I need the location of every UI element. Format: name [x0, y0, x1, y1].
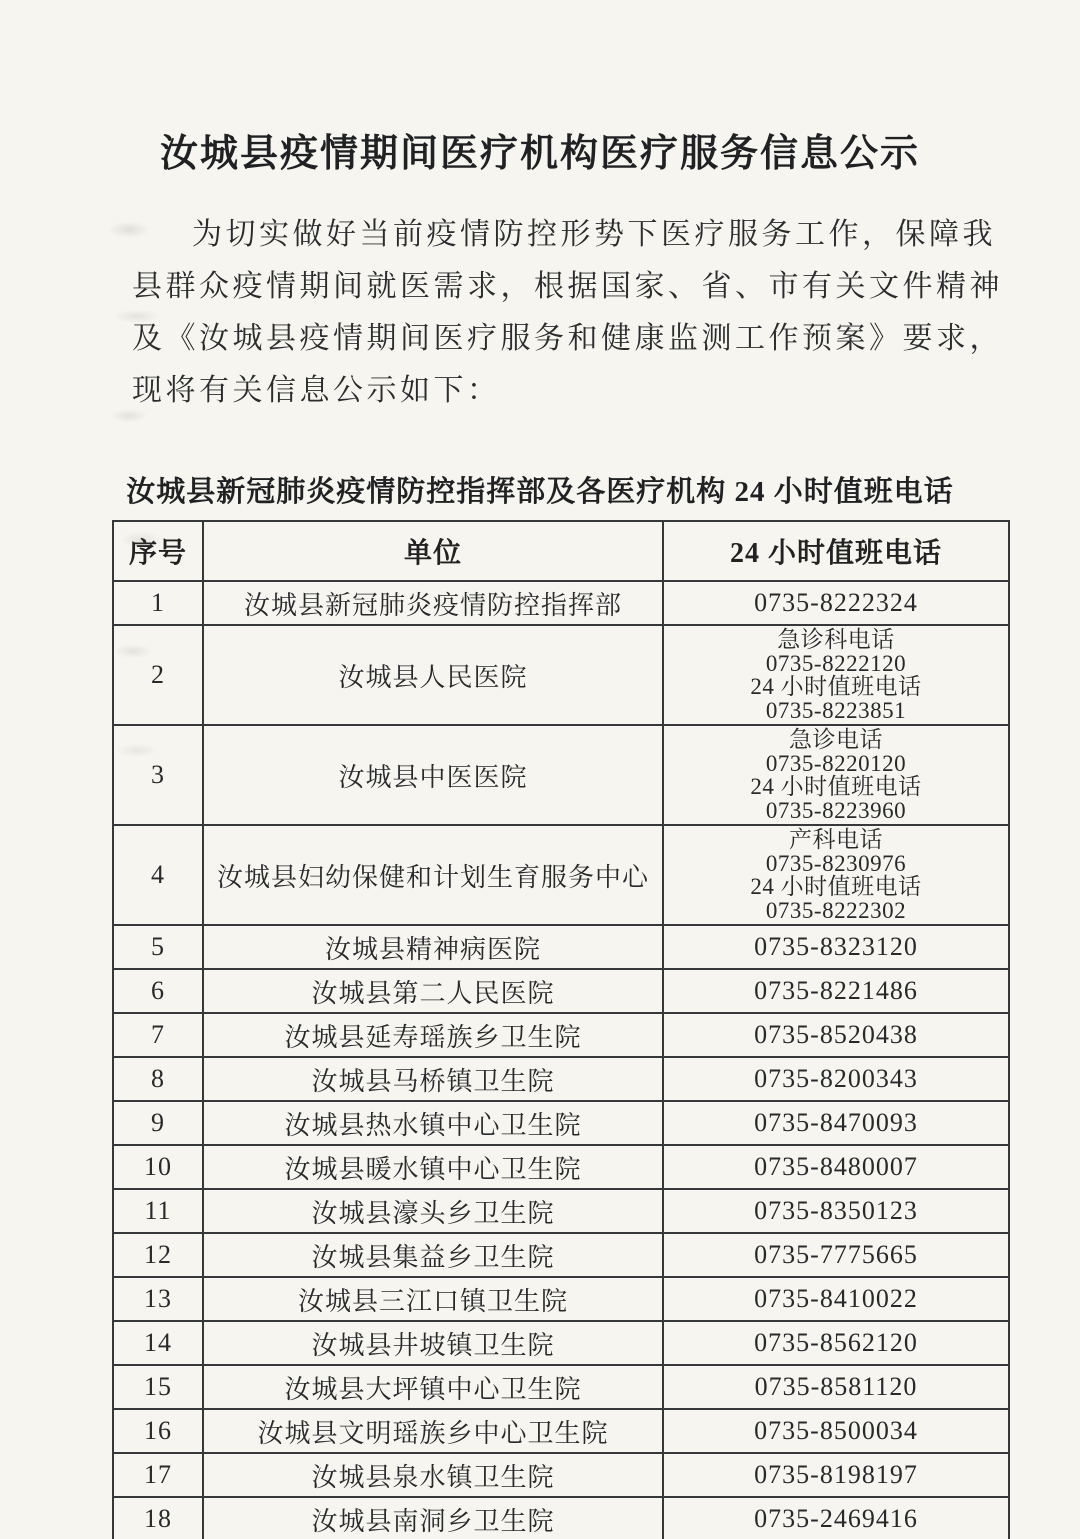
phone-line: 0735-8223960: [664, 799, 1008, 823]
phone-number-cell: 0735-8581120: [663, 1365, 1009, 1409]
phone-line: 产科电话: [664, 828, 1008, 852]
unit-name-cell: 汝城县马桥镇卫生院: [203, 1057, 663, 1101]
phone-line: 0735-8581120: [668, 1372, 1004, 1402]
row-index-cell: 10: [113, 1145, 203, 1189]
unit-name-cell: 汝城县大坪镇中心卫生院: [203, 1365, 663, 1409]
table-row: 15汝城县大坪镇中心卫生院0735-8581120: [113, 1365, 1009, 1409]
intro-line: 为切实做好当前疫情防控形势下医疗服务工作，保障我: [132, 209, 968, 261]
phone-line: 0735-8222324: [668, 588, 1004, 618]
phone-number-cell: 0735-8410022: [663, 1277, 1009, 1321]
table-row: 12汝城县集益乡卫生院0735-7775665: [113, 1233, 1009, 1277]
unit-name-cell: 汝城县暖水镇中心卫生院: [203, 1145, 663, 1189]
phone-number-cell: 0735-8323120: [663, 925, 1009, 969]
intro-line: 及《汝城县疫情期间医疗服务和健康监测工作预案》要求，: [132, 313, 968, 365]
phone-line: 0735-8480007: [668, 1152, 1004, 1182]
table-row: 4汝城县妇幼保健和计划生育服务中心产科电话0735-823097624 小时值班…: [113, 825, 1009, 925]
table-row: 1汝城县新冠肺炎疫情防控指挥部0735-8222324: [113, 581, 1009, 625]
col-header-unit: 单位: [203, 521, 663, 581]
phone-line: 24 小时值班电话: [664, 775, 1008, 799]
row-index-cell: 18: [113, 1497, 203, 1539]
phone-line: 24 小时值班电话: [664, 675, 1008, 699]
table-row: 2汝城县人民医院急诊科电话0735-822212024 小时值班电话0735-8…: [113, 625, 1009, 725]
unit-name-cell: 汝城县新冠肺炎疫情防控指挥部: [203, 581, 663, 625]
phone-line: 0735-8350123: [668, 1196, 1004, 1226]
row-index-cell: 12: [113, 1233, 203, 1277]
row-index-cell: 3: [113, 725, 203, 825]
table-row: 18汝城县南洞乡卫生院0735-2469416: [113, 1497, 1009, 1539]
table-header-row: 序号 单位 24 小时值班电话: [113, 521, 1009, 581]
row-index-cell: 16: [113, 1409, 203, 1453]
phone-line: 0735-8520438: [668, 1020, 1004, 1050]
row-index-cell: 11: [113, 1189, 203, 1233]
row-index-cell: 17: [113, 1453, 203, 1497]
row-index-cell: 8: [113, 1057, 203, 1101]
phone-line: 0735-8220120: [664, 752, 1008, 776]
phone-number-cell: 0735-8520438: [663, 1013, 1009, 1057]
page-title: 汝城县疫情期间医疗机构医疗服务信息公示: [0, 0, 1080, 177]
table-row: 7汝城县延寿瑶族乡卫生院0735-8520438: [113, 1013, 1009, 1057]
row-index-cell: 13: [113, 1277, 203, 1321]
row-index-cell: 2: [113, 625, 203, 725]
phone-line: 0735-8470093: [668, 1108, 1004, 1138]
unit-name-cell: 汝城县南洞乡卫生院: [203, 1497, 663, 1539]
table-row: 3汝城县中医医院急诊电话0735-822012024 小时值班电话0735-82…: [113, 725, 1009, 825]
row-index-cell: 7: [113, 1013, 203, 1057]
phone-number-cell: 0735-8350123: [663, 1189, 1009, 1233]
phone-number-cell: 0735-8198197: [663, 1453, 1009, 1497]
phone-line: 急诊电话: [664, 728, 1008, 752]
unit-name-cell: 汝城县集益乡卫生院: [203, 1233, 663, 1277]
phone-number-cell: 0735-8221486: [663, 969, 1009, 1013]
table-row: 16汝城县文明瑶族乡中心卫生院0735-8500034: [113, 1409, 1009, 1453]
phone-line: 24 小时值班电话: [664, 875, 1008, 899]
unit-name-cell: 汝城县人民医院: [203, 625, 663, 725]
intro-paragraph: 为切实做好当前疫情防控形势下医疗服务工作，保障我 县群众疫情期间就医需求，根据国…: [132, 209, 968, 417]
phone-line: 急诊科电话: [664, 628, 1008, 652]
phone-line: 0735-8200343: [668, 1064, 1004, 1094]
table-row: 17汝城县泉水镇卫生院0735-8198197: [113, 1453, 1009, 1497]
unit-name-cell: 汝城县泉水镇卫生院: [203, 1453, 663, 1497]
table-row: 14汝城县井坡镇卫生院0735-8562120: [113, 1321, 1009, 1365]
unit-name-cell: 汝城县井坡镇卫生院: [203, 1321, 663, 1365]
table-row: 10汝城县暖水镇中心卫生院0735-8480007: [113, 1145, 1009, 1189]
phone-line: 0735-8222302: [664, 899, 1008, 923]
phone-line: 0735-8562120: [668, 1328, 1004, 1358]
phone-number-cell: 急诊电话0735-822012024 小时值班电话0735-8223960: [663, 725, 1009, 825]
phone-line: 0735-8410022: [668, 1284, 1004, 1314]
phone-number-cell: 0735-8200343: [663, 1057, 1009, 1101]
unit-name-cell: 汝城县文明瑶族乡中心卫生院: [203, 1409, 663, 1453]
phone-number-cell: 0735-8470093: [663, 1101, 1009, 1145]
phone-line: 0735-8223851: [664, 699, 1008, 723]
unit-name-cell: 汝城县第二人民医院: [203, 969, 663, 1013]
phone-number-cell: 0735-2469416: [663, 1497, 1009, 1539]
intro-line: 县群众疫情期间就医需求，根据国家、省、市有关文件精神: [132, 261, 968, 313]
table-title: 汝城县新冠肺炎疫情防控指挥部及各医疗机构 24 小时值班电话: [0, 469, 1080, 510]
unit-name-cell: 汝城县热水镇中心卫生院: [203, 1101, 663, 1145]
col-header-phone: 24 小时值班电话: [663, 521, 1009, 581]
phone-line: 0735-2469416: [668, 1504, 1004, 1534]
phone-line: 0735-8198197: [668, 1460, 1004, 1490]
unit-name-cell: 汝城县延寿瑶族乡卫生院: [203, 1013, 663, 1057]
phone-number-cell: 0735-8562120: [663, 1321, 1009, 1365]
unit-name-cell: 汝城县濠头乡卫生院: [203, 1189, 663, 1233]
phone-number-cell: 0735-8500034: [663, 1409, 1009, 1453]
row-index-cell: 4: [113, 825, 203, 925]
col-header-index: 序号: [113, 521, 203, 581]
phone-number-cell: 0735-7775665: [663, 1233, 1009, 1277]
unit-name-cell: 汝城县三江口镇卫生院: [203, 1277, 663, 1321]
row-index-cell: 6: [113, 969, 203, 1013]
phone-number-cell: 0735-8480007: [663, 1145, 1009, 1189]
table-row: 13汝城县三江口镇卫生院0735-8410022: [113, 1277, 1009, 1321]
table-row: 8汝城县马桥镇卫生院0735-8200343: [113, 1057, 1009, 1101]
phone-number-cell: 产科电话0735-823097624 小时值班电话0735-8222302: [663, 825, 1009, 925]
phone-line: 0735-7775665: [668, 1240, 1004, 1270]
table-row: 11汝城县濠头乡卫生院0735-8350123: [113, 1189, 1009, 1233]
table-row: 9汝城县热水镇中心卫生院0735-8470093: [113, 1101, 1009, 1145]
unit-name-cell: 汝城县精神病医院: [203, 925, 663, 969]
phone-line: 0735-8500034: [668, 1416, 1004, 1446]
row-index-cell: 9: [113, 1101, 203, 1145]
unit-name-cell: 汝城县中医医院: [203, 725, 663, 825]
row-index-cell: 5: [113, 925, 203, 969]
phone-line: 0735-8222120: [664, 652, 1008, 676]
unit-name-cell: 汝城县妇幼保健和计划生育服务中心: [203, 825, 663, 925]
phone-line: 0735-8221486: [668, 976, 1004, 1006]
row-index-cell: 14: [113, 1321, 203, 1365]
phone-line: 0735-8323120: [668, 932, 1004, 962]
document-page: 汝城县疫情期间医疗机构医疗服务信息公示 为切实做好当前疫情防控形势下医疗服务工作…: [0, 0, 1080, 1539]
phone-line: 0735-8230976: [664, 852, 1008, 876]
row-index-cell: 1: [113, 581, 203, 625]
intro-line: 现将有关信息公示如下：: [132, 365, 968, 417]
table-row: 6汝城县第二人民医院0735-8221486: [113, 969, 1009, 1013]
table-row: 5汝城县精神病医院0735-8323120: [113, 925, 1009, 969]
phone-number-cell: 急诊科电话0735-822212024 小时值班电话0735-8223851: [663, 625, 1009, 725]
row-index-cell: 15: [113, 1365, 203, 1409]
duty-phone-table: 序号 单位 24 小时值班电话 1汝城县新冠肺炎疫情防控指挥部0735-8222…: [112, 520, 1010, 1539]
phone-number-cell: 0735-8222324: [663, 581, 1009, 625]
